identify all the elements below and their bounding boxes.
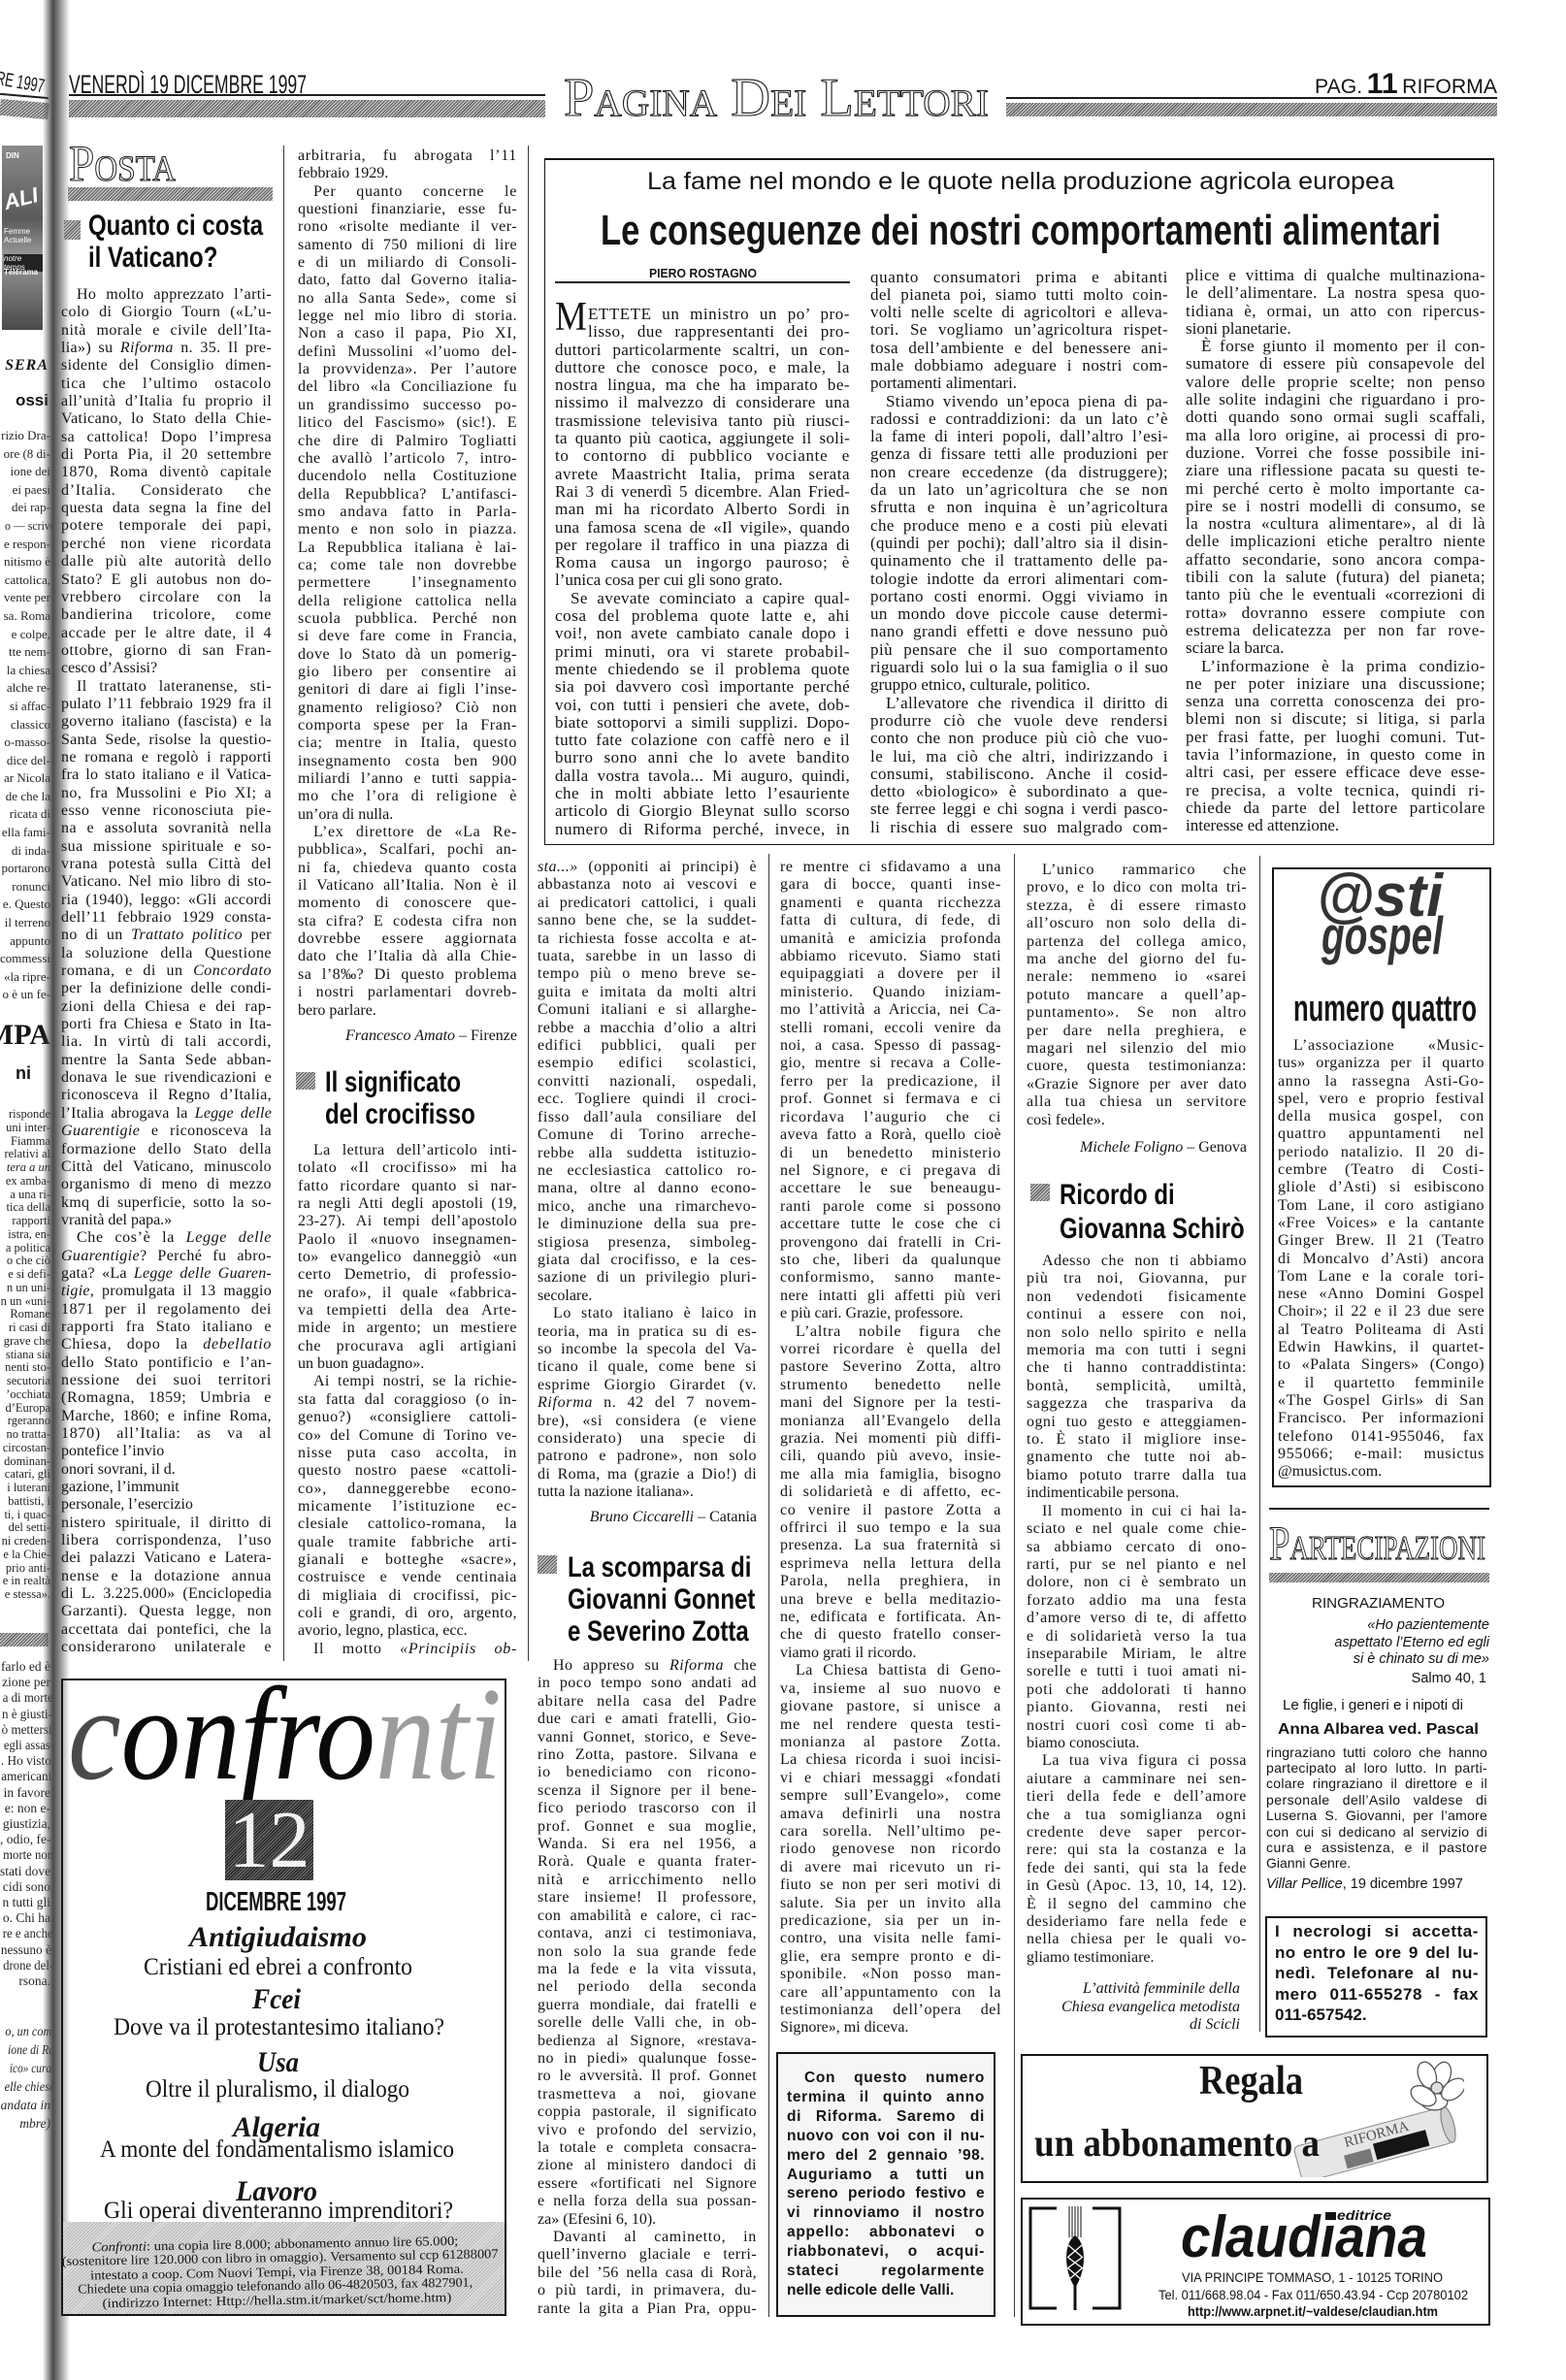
text-line: samento di 750 milioni di lire [298, 237, 517, 254]
wheat-logo-icon [1028, 2206, 1122, 2311]
text-line: (Romagna, 1859; Umbria e [61, 1389, 272, 1407]
text-line: care all’appuntamento con la [780, 1984, 1001, 2002]
text-line: ro le avversità. Il prof. Gonnet [538, 2068, 757, 2085]
text-line: Luserna S. Giovanni, per l’amore [1266, 1808, 1487, 1823]
text-line: È forse giunto il momento per il con- [1186, 338, 1485, 355]
text-line: @musictus.com. [1278, 1463, 1484, 1481]
column-rule [1259, 856, 1260, 2032]
text-line: Vaticano, lo Stato della Chie- [61, 410, 272, 428]
text-line: nelle edicole delle Valli. [787, 2281, 985, 2300]
text-line: sanno bene che, se la suddet- [538, 912, 757, 929]
text-line: affatto secondarie, sono ancora compa- [1186, 551, 1485, 569]
text-line: monianza al pastore Zotta. [780, 1734, 1001, 1751]
text-line: cia; mentre in Italia, questo [298, 734, 517, 752]
text-line: dotti quando sono ormai sugli scaffali, [1186, 408, 1485, 426]
text-line: lia. In virtù di tali accordi, [61, 1033, 272, 1051]
claudiana-contacts-box: Tel. 011/668.98.04 - Fax 011/650.43.94 -… [1158, 2288, 1468, 2302]
text-line: senza una corretta conoscenza dei pro- [1186, 693, 1485, 710]
text-line: tuata, sarebbe in un lasso di [538, 948, 757, 965]
text-line: al Teatro Politeama di Asti [1278, 1321, 1484, 1339]
letter-vaticano-col-a: Ho molto apprezzato l’arti-colo di Giorg… [61, 286, 272, 1656]
text-line: prof. Gonnet si fermava e ci [780, 1091, 1001, 1108]
text-line: momento di conoscere que- [298, 895, 517, 912]
text-line: coppia pastorale, il significato [538, 2103, 757, 2121]
text-line: aiutare a camminare nei sen- [1027, 1771, 1247, 1788]
text-line: partecipato al loro lutto. In parti- [1266, 1760, 1487, 1776]
text-line: secolare. [538, 1288, 757, 1305]
text-line: ottobre, giorno di san Fran- [61, 642, 272, 660]
text-line: rotta» dovranno essere compiute con [1186, 604, 1485, 622]
text-line: sa l’8‰? Di questo problema [298, 966, 517, 984]
text-line: rere: qui sta la costanza e la [1027, 1842, 1247, 1859]
text-line: li rischia di essere suo malgrado com- [870, 819, 1168, 836]
text-line: sa abbiamo cercato di ono- [1027, 1539, 1247, 1556]
drop-cap: M [555, 297, 587, 338]
text-line: non solo nello spirito e nella [1027, 1324, 1247, 1342]
text-line: con amabilità e calore, ci rac- [538, 1907, 757, 1925]
text-line: L’associazione «Music- [1278, 1037, 1484, 1055]
text-line: fatto ricordare quanto si nar- [298, 1178, 517, 1195]
text-line: sempre sull’Evangelo», come [780, 1787, 1001, 1805]
text-line: Francisco. Per informazioni [1278, 1410, 1484, 1427]
text-line: vi rinnoviamo il nostro [787, 2203, 985, 2223]
text-line: Stato? E gli autobus non do- [61, 571, 272, 589]
text-line: una breve e bella meditazio- [780, 1591, 1001, 1609]
text-line: così fedele». [1027, 1112, 1247, 1129]
text-line: ne per poter iniziare una discussione; [1186, 675, 1485, 693]
signature-line: di Scicli [1027, 2016, 1240, 2035]
text-line: gliamo testimoniare. [1027, 1949, 1247, 1967]
letter-signature-block: L’attività femminile della Chiesa evange… [1027, 1980, 1240, 2035]
text-line: alla tua chiesa un servitore [1027, 1093, 1247, 1111]
text-line: duttore che conosce poco, e male, la [555, 359, 850, 376]
text-line: tus» organizza per il quarto [1278, 1055, 1484, 1072]
posta-title: Posta [69, 139, 176, 190]
text-line: periodo natalizio. Il 20 di- [1278, 1144, 1484, 1161]
text-line: contro, una visita nelle fami- [780, 1930, 1001, 1947]
text-line: accettare tutte le cose che ci [780, 1216, 1001, 1233]
page-number: 11 [1367, 68, 1398, 100]
text-line: I necrologi si accetta- [1275, 1921, 1479, 1942]
text-line: nese «Anno Domini Gospel [1278, 1286, 1484, 1303]
text-line: vorrei ricordare è quella del [780, 1341, 1001, 1358]
text-line: avorio, legno, plastica, ecc. [298, 1622, 517, 1640]
text-line: L’informazione è la prima condizio- [1186, 658, 1485, 675]
text-line: Tom Lane e la corale tori- [1278, 1268, 1484, 1286]
byline-rule [555, 281, 850, 283]
regala-line1-box: Regala [1199, 2059, 1303, 2103]
confronti-item-subtitle-box: Oltre il pluralismo, il dialogo [146, 2075, 409, 2104]
text-line: ticano il quale, come bene si [538, 1358, 757, 1376]
text-line: vrebbero circolare con la [61, 589, 272, 606]
text-line: Il trattato lateranense, sti- [61, 678, 272, 696]
text-line: Rorà. Quale e quanta frater- [538, 1853, 757, 1871]
author-name: Francesco Amato [345, 1027, 455, 1044]
text-line: nostri cuori così come ti ab- [1027, 1717, 1247, 1735]
text-line: dove lo Stato dà un pomerig- [298, 646, 517, 664]
text-line: costruisce e vende centinaia [298, 1569, 517, 1586]
text-line: pubblica», Scalfari, pochi an- [298, 841, 517, 859]
text-line: i nostri parlamentari dovreb- [298, 984, 517, 1001]
letter-title-line: e Severino Zotta [568, 1615, 749, 1647]
text-line: Davanti al caminetto, in [538, 2229, 757, 2246]
heading-bullet-icon [538, 1555, 557, 1574]
text-line: nense e la dotazione annua [61, 1568, 272, 1585]
text-line: Vaticano. Nel mio libro di sto- [61, 873, 272, 891]
text-line: 955066; e-mail: musictus [1278, 1446, 1484, 1463]
text-line: ta richiesta fosse accolta e at- [538, 930, 757, 948]
text-line: vrana potestà sulla Città del [61, 856, 272, 873]
text-line: rono «risolte mediante il ver- [298, 218, 517, 236]
text-line: plice e vittima di qualche multinaziona- [1186, 267, 1485, 284]
text-line: La lettura dell’articolo inti- [298, 1142, 517, 1159]
text-line: tavia l’informazione, in questo come in [1186, 746, 1485, 764]
signature-separator: – [1183, 1139, 1198, 1156]
epigraph-line: «Ho pazientemente [1266, 1617, 1489, 1635]
text-line: giovane pastore, si unisce a [780, 1698, 1001, 1715]
text-line: fiuto se non per seri motivi di [780, 1876, 1001, 1894]
text-line: che a tua somiglianza ogni [1027, 1807, 1247, 1824]
text-line: accettata dai pontefici, che la [61, 1621, 272, 1639]
text-line: bedienza al Signore, «restava- [538, 2033, 757, 2050]
letter-title-line: il Vaticano? [88, 242, 217, 274]
text-line: ria (1940), leggo: «Gli accordi [61, 892, 272, 909]
text-line: L’altra nobile figura che [780, 1323, 1001, 1341]
text-line: Chiesa, dopo la debellatio [61, 1336, 272, 1353]
text-line: di L. 3.225.000» (Enciclopedia [61, 1585, 272, 1603]
text-line: tibili con la salute (futura) del pianet… [1186, 569, 1485, 586]
text-line: Riforma n. 42 del 7 novem- [538, 1394, 757, 1412]
confronti-item-subtitle: Oltre il pluralismo, il dialogo [146, 2075, 409, 2104]
claudiana-address: VIA PRINCIPE TOMMASO, 1 - 10125 TORINO [1182, 2270, 1443, 2285]
text-line: bandierina tricolore, come [61, 606, 272, 624]
text-line: dei palazzi Vaticano e Latera- [61, 1549, 272, 1567]
text-line: telefono 0141-955046, fax [1278, 1428, 1484, 1446]
text-line: ste ferree leggi e chi sogna i verdi pas… [870, 800, 1168, 818]
text-line: Il momento in cui ci hai la- [1027, 1503, 1247, 1520]
text-line: tutta la nazione italiana». [538, 1483, 757, 1501]
text-line: sto che, liberi da qualunque [780, 1252, 1001, 1269]
text-line: nerale: nemmeno io «sarei [1027, 968, 1247, 986]
text-line: sumatore di essere più consapevole del [1186, 355, 1485, 373]
text-line: vivo e profondo del servizio, [538, 2122, 757, 2139]
text-line: Marche, 1860; e infine Roma, [61, 1408, 272, 1425]
text-line: ni fa, chiedeva quanto costa [298, 860, 517, 877]
confronti-item-title: Usa [257, 2046, 299, 2079]
text-line: ne ecclesiastica cattolico ro- [538, 1162, 757, 1180]
text-line: Che cos’è la Legge delle [61, 1229, 272, 1247]
text-line: me nel rendere questa testi- [780, 1716, 1001, 1734]
text-line: cembre (Teatro di Costi- [1278, 1161, 1484, 1179]
confronti-item-title-box: Usa [257, 2046, 299, 2079]
text-line: permettere l’insegnamento [298, 574, 517, 592]
text-line: nedì. Telefonare al nu- [1275, 1963, 1479, 1984]
adjacent-subhead-fragment-2: ni [16, 1063, 31, 1084]
author-city: Genova [1198, 1139, 1247, 1156]
text-line: to «Palata Singers» (Congo) [1278, 1356, 1484, 1374]
text-line: che procurava agli artigiani [298, 1338, 517, 1355]
text-line: forzato addio ma una festa [1027, 1592, 1247, 1610]
text-line: La Repubblica italiana è lai- [298, 539, 517, 557]
text-line: Edwin Hawkins, il quartet- [1278, 1339, 1484, 1356]
claudiana-website: http://www.arpnet.it/~valdese/claudian.h… [1188, 2304, 1438, 2319]
text-line: equipaggiati a dovere per il [780, 965, 1001, 983]
text-line: e di un miliardo di Consoli- [298, 254, 517, 272]
text-line: «Grazie Signore per aver dato [1027, 1076, 1247, 1093]
text-line: L’ex direttore de «La Re- [298, 824, 517, 841]
text-line: 23-27). Ai tempi dell’apostolo [298, 1213, 517, 1230]
text-line: co» del Comune di Torino ve- [298, 1427, 517, 1445]
text-line: quale tramite fabbriche arti- [298, 1534, 517, 1551]
ringraziamento-heading-box: RINGRAZIAMENTO [1312, 1595, 1445, 1613]
confronti-logo-part: onfro [121, 1660, 375, 1808]
text-line: nità morale e civile dell’Ita- [61, 322, 272, 340]
text-line: zione al ministero dandoci di [538, 2157, 757, 2174]
text-line: un’ora di nulla. [298, 806, 517, 824]
text-line: testimonianza dell’opera del [780, 2002, 1001, 2019]
text-line: sorelle e tutti i tuoi amati ni- [1027, 1663, 1247, 1680]
confronti-item-title: Antigiudaismo [189, 1921, 367, 1954]
text-line: gara di bocce, quanti inse- [780, 876, 1001, 894]
text-line: nessione dei suoi territori [61, 1372, 272, 1389]
text-line: grazia. Nei momenti più diffi- [780, 1430, 1001, 1448]
text-line: radossi e contraddizioni: da un lato c’è [870, 410, 1168, 428]
text-line: vranità del papa.» [61, 1212, 272, 1229]
text-line: ma la fede e la vita vissuta, [538, 1961, 757, 1978]
text-line: convitti nazionali, ospedali, [538, 1073, 757, 1091]
deceased-name-box: Anna Albarea ved. Pascal [1278, 1721, 1479, 1739]
text-line: tieri della fede e dell’amore [1027, 1788, 1247, 1806]
claudiana-contacts: Tel. 011/668.98.04 - Fax 011/650.43.94 -… [1158, 2288, 1468, 2302]
feature-kicker-box: La fame nel mondo e le quote nella produ… [647, 167, 1394, 196]
text-line: ca; come tale non dovrebbe [298, 557, 517, 574]
asti-gospel-text: L’associazione «Music-tus» organizza per… [1278, 1037, 1484, 1481]
text-line: Tom Lane, il coro astigiano [1278, 1197, 1484, 1215]
text-line: rante la gita a Pian Pra, oppu- [538, 2300, 757, 2318]
posta-title-bar [68, 187, 273, 201]
text-line: più tra noi, Giovanna, pur [1027, 1270, 1247, 1288]
text-line: stigiosa presenza, simboleg- [538, 1234, 757, 1252]
heading-bullet-icon [1030, 1184, 1050, 1201]
text-line: ETTETE un ministro un po’ pro- [555, 306, 850, 323]
partecipazioni-title-box: Partecipazioni [1269, 1518, 1485, 1567]
column-rule [768, 854, 769, 2317]
text-line: più pensare che il suo comportamento [870, 641, 1168, 659]
text-line: di Porta Pia, il 20 settembre [61, 446, 272, 464]
signature-line: L’attività femminile della [1027, 1980, 1240, 1999]
text-line: rino Zotta, pastore. Silvana e [538, 1746, 757, 1764]
text-line: dolore, non ci è sembrato un [1027, 1574, 1247, 1591]
text-line: la fame di interi popoli, dall’altro l’e… [870, 428, 1168, 445]
column-rule [283, 146, 284, 1661]
text-line: guerra mondiale, dai fratelli e [538, 1997, 757, 2014]
text-line: nistero spirituale, il diritto di [61, 1515, 272, 1532]
text-line: sa cattolica! Dopo l’impresa [61, 429, 272, 446]
text-line: ecc. Togliere quindi il croci- [538, 1091, 757, 1108]
text-line: desideriamo fare nella fede e [1027, 1913, 1247, 1931]
text-line: che in molti abbiate letto l’esauriente [555, 785, 850, 802]
text-line: za» (Efesini 6, 10). [538, 2211, 757, 2229]
column-rule [528, 146, 529, 1661]
text-line: inseparabile Miriam, le altre [1027, 1646, 1247, 1663]
text-line: del libro «la Conciliazione fu [298, 378, 517, 396]
text-line: della musica gospel, con [1278, 1108, 1484, 1125]
text-line: certo Demetrio, di professio- [298, 1266, 517, 1284]
text-line: no alla Santa Sede», come si [298, 290, 517, 308]
text-line: e il quartetto femminile [1278, 1375, 1484, 1392]
text-line: prof. Gonnet e sua moglie, [538, 1818, 757, 1836]
text-line: che di questo fratello conser- [780, 1626, 1001, 1644]
epigraph: «Ho pazientemente aspettato l’Eterno ed … [1266, 1617, 1489, 1669]
text-line: gliole d’Asti) si esibiscono [1278, 1179, 1484, 1196]
text-line: sta fatta dal coraggioso (o in- [298, 1391, 517, 1409]
text-line: dato che l’Italia dà alla Chie- [298, 948, 517, 965]
necrologi-text: I necrologi si accetta-no entro le ore 9… [1275, 1921, 1479, 2026]
text-line: La chiesa ricorda i suoi incisi- [780, 1751, 1001, 1769]
text-line: definì Mussolini «l’uomo del- [298, 343, 517, 361]
text-line: va tempietti della dea Arte- [298, 1302, 517, 1320]
letter-title-line: Giovanni Gonnet [568, 1583, 755, 1615]
text-line: indimenticabile persona. [1027, 1484, 1247, 1502]
asti-title-box: numero quattro [1293, 990, 1477, 1028]
text-line: sponibile. «Non posso man- [780, 1966, 1001, 1983]
text-line: voi, con tutti i pensieri che avete, dob… [555, 697, 850, 714]
author-city: Catania [709, 1509, 757, 1525]
text-line: romana, e di un Concordato [61, 962, 272, 980]
magazine-label: ALI [2, 182, 41, 215]
text-line: per frasi fatte, per luoghi comuni. Tut- [1186, 729, 1485, 746]
text-line: dalla vostra tavola... Mi auguro, quindi… [555, 767, 850, 785]
text-line: Stiamo vivendo un’epoca piena di pa- [870, 393, 1168, 410]
text-line: dato, fatto dal Governo italia- [298, 272, 517, 289]
letter-crocifisso-col-c: sta...» (opponiti ai principi) èabbastan… [538, 859, 757, 1502]
text-line: o più tardi, in primavera, du- [538, 2282, 757, 2299]
text-line: Non a caso il papa, Pio XI, [298, 325, 517, 342]
text-line: personale, l’esercizio [61, 1496, 272, 1514]
text-line: ma alla loro origine, ai processi di pro… [1186, 427, 1485, 444]
author-name: Michele Foligno [1080, 1139, 1183, 1156]
text-line: magari nel silenzio del mio [1027, 1040, 1247, 1058]
text-line: zioni della Chiesa e dei rap- [61, 998, 272, 1016]
text-line: poti che addolorati ti hanno [1027, 1681, 1247, 1699]
text-line: ma anche del giorno del fu- [1027, 951, 1247, 968]
text-line: cura e assistenza, e il pastore [1266, 1840, 1487, 1855]
text-line: Con questo numero [787, 2069, 985, 2088]
regala-line2: un abbonamento a [1034, 2122, 1320, 2165]
text-line: abitare nella casa del Padre [538, 1693, 757, 1711]
text-line: volti nelle scelte di agricoltori e alle… [870, 304, 1168, 321]
text-line: cesco d’Assisi? [61, 660, 272, 677]
confronti-item-title-box: Antigiudaismo [189, 1921, 367, 1954]
text-line: un mondo dove piccole cause determi- [870, 605, 1168, 623]
header-bar-right [1006, 103, 1497, 116]
text-line: della Repubblica? L’antifasci- [298, 486, 517, 504]
text-line: re mentre ci sfidavamo a una [780, 859, 1001, 876]
text-line: biate sottoporvi a simili supplizi. Dopo… [555, 714, 850, 732]
text-line: provo, e lo dico con molta tri- [1027, 879, 1247, 897]
confronti-item-subtitle-box: Dove va il protestantesimo italiano? [114, 2013, 444, 2042]
text-line: accade per le altre date, il 4 [61, 625, 272, 642]
text-line: ne orafo», il quale «fabbrica- [298, 1285, 517, 1302]
text-line: sfrutta e non inquina è un’agricoltura [870, 499, 1168, 516]
text-line: questioni finanziarie, esse fu- [298, 201, 517, 218]
text-line: Roma causa un ingorgo pauroso; è [555, 554, 850, 571]
flower-icon [1407, 2061, 1464, 2111]
text-line: coli e grandi, di oro, argento, [298, 1605, 517, 1622]
confronti-item-title-box: Fcei [252, 1983, 301, 2016]
text-line: nella chiesa per le quali vo- [1027, 1931, 1247, 1948]
text-line: monianza all’Evangelo della [780, 1413, 1001, 1430]
text-line: del pianeta poi, siamo tutti molto coin- [870, 286, 1168, 304]
claudiana-address-box: VIA PRINCIPE TOMMASO, 1 - 10125 TORINO [1182, 2270, 1443, 2285]
text-line: aveva fatto a Rorà, quello cioè [780, 1126, 1001, 1144]
magazine-label: DIN [6, 151, 19, 160]
text-line: umanità e amicizia profonda [780, 930, 1001, 948]
text-line: (quindi per pochi); dall’altro sia il di… [870, 535, 1168, 552]
text-line: potere temporale dei papi, [61, 517, 272, 535]
text-line: le dell’alimentare. La nostra spesa quo- [1186, 284, 1485, 302]
text-line: gata? «La Legge delle Guaren- [61, 1265, 272, 1283]
letter-signature: Michele Foligno – Genova [1027, 1139, 1247, 1157]
text-line: di migliaia di crocifissi, pic- [298, 1587, 517, 1605]
text-line: Per quanto concerne le [298, 183, 517, 201]
text-line: no di un Trattato politico per [61, 927, 272, 944]
text-line: quell’inverno glaciale e terri- [538, 2246, 757, 2264]
text-line: gio libero per consentire ai [298, 664, 517, 681]
text-line: organismo di meno di mezzo [61, 1176, 272, 1193]
text-line: d’Italia. Considerato che [61, 482, 272, 500]
text-line: cuore, questa testimonianza: [1027, 1058, 1247, 1075]
text-line: predicazione, sia per un in- [780, 1912, 1001, 1930]
text-line: tori. Se vogliamo un’agricoltura rispet- [870, 321, 1168, 339]
text-line: stateci regolarmente [787, 2262, 985, 2281]
confronti-logo-box: confronti [68, 1666, 502, 1802]
text-line: alle solite indagini che riguardano i pr… [1186, 391, 1485, 408]
confronti-item-subtitle-box: Cristiani ed ebrei a confronto [144, 1953, 412, 1982]
text-line: biamo conosciuta. [1027, 1735, 1247, 1752]
issue-number-badge: 12 [225, 1800, 313, 1880]
confronti-logo-part: c [68, 1660, 121, 1808]
text-line: quattro appuntamenti nel [1278, 1125, 1484, 1143]
text-line: anno la rassegna Asti-Go- [1278, 1073, 1484, 1091]
text-line: perché non viene ricordata [61, 536, 272, 553]
text-line: conformismo, sanno mante- [780, 1269, 1001, 1287]
text-line: governo italiano (fascista) e la [61, 713, 272, 731]
text-line: dell’11 febbraio 1929 consta- [61, 909, 272, 927]
text-line: genuo?) «consigliere cattoli- [298, 1409, 517, 1426]
regala-line1: Regala [1199, 2059, 1303, 2103]
text-line: glie, era sempre pronto e di- [780, 1948, 1001, 1966]
text-line: la totale e completa consacra- [538, 2139, 757, 2157]
regala-line2-box: un abbonamento a [1034, 2122, 1320, 2165]
text-line: fede dei santi, qui sta la fede [1027, 1860, 1247, 1877]
text-line: mero del 2 gennaio ’98. [787, 2146, 985, 2166]
text-line: sioni planetarie. [1186, 320, 1485, 338]
text-line: rebbe a macchia d’olio a altri [538, 1020, 757, 1037]
text-line: puntamento». Se non altro [1027, 1004, 1247, 1022]
text-line: all’unità d’Italia fu proprio il [61, 393, 272, 410]
text-line: sciare la barca. [1186, 639, 1485, 657]
text-line: cara sorella. Nell’ultimo pe- [780, 1823, 1001, 1841]
letter-gonnet-col-d: re mentre ci sfidavamo a unagara di bocc… [780, 859, 1001, 2038]
header-bar-left [69, 100, 545, 117]
text-line: va, insieme al suo nuovo e [780, 1680, 1001, 1698]
text-line: voi!, non avete cambiato canale dopo i [555, 625, 850, 642]
text-line: viamo grati il ricordo. [780, 1645, 1001, 1662]
confronti-item-title: Fcei [252, 1983, 301, 2016]
text-line: ducendolo nella Costituzione [298, 468, 517, 485]
text-line: sidente del Consiglio dimen- [61, 357, 272, 375]
